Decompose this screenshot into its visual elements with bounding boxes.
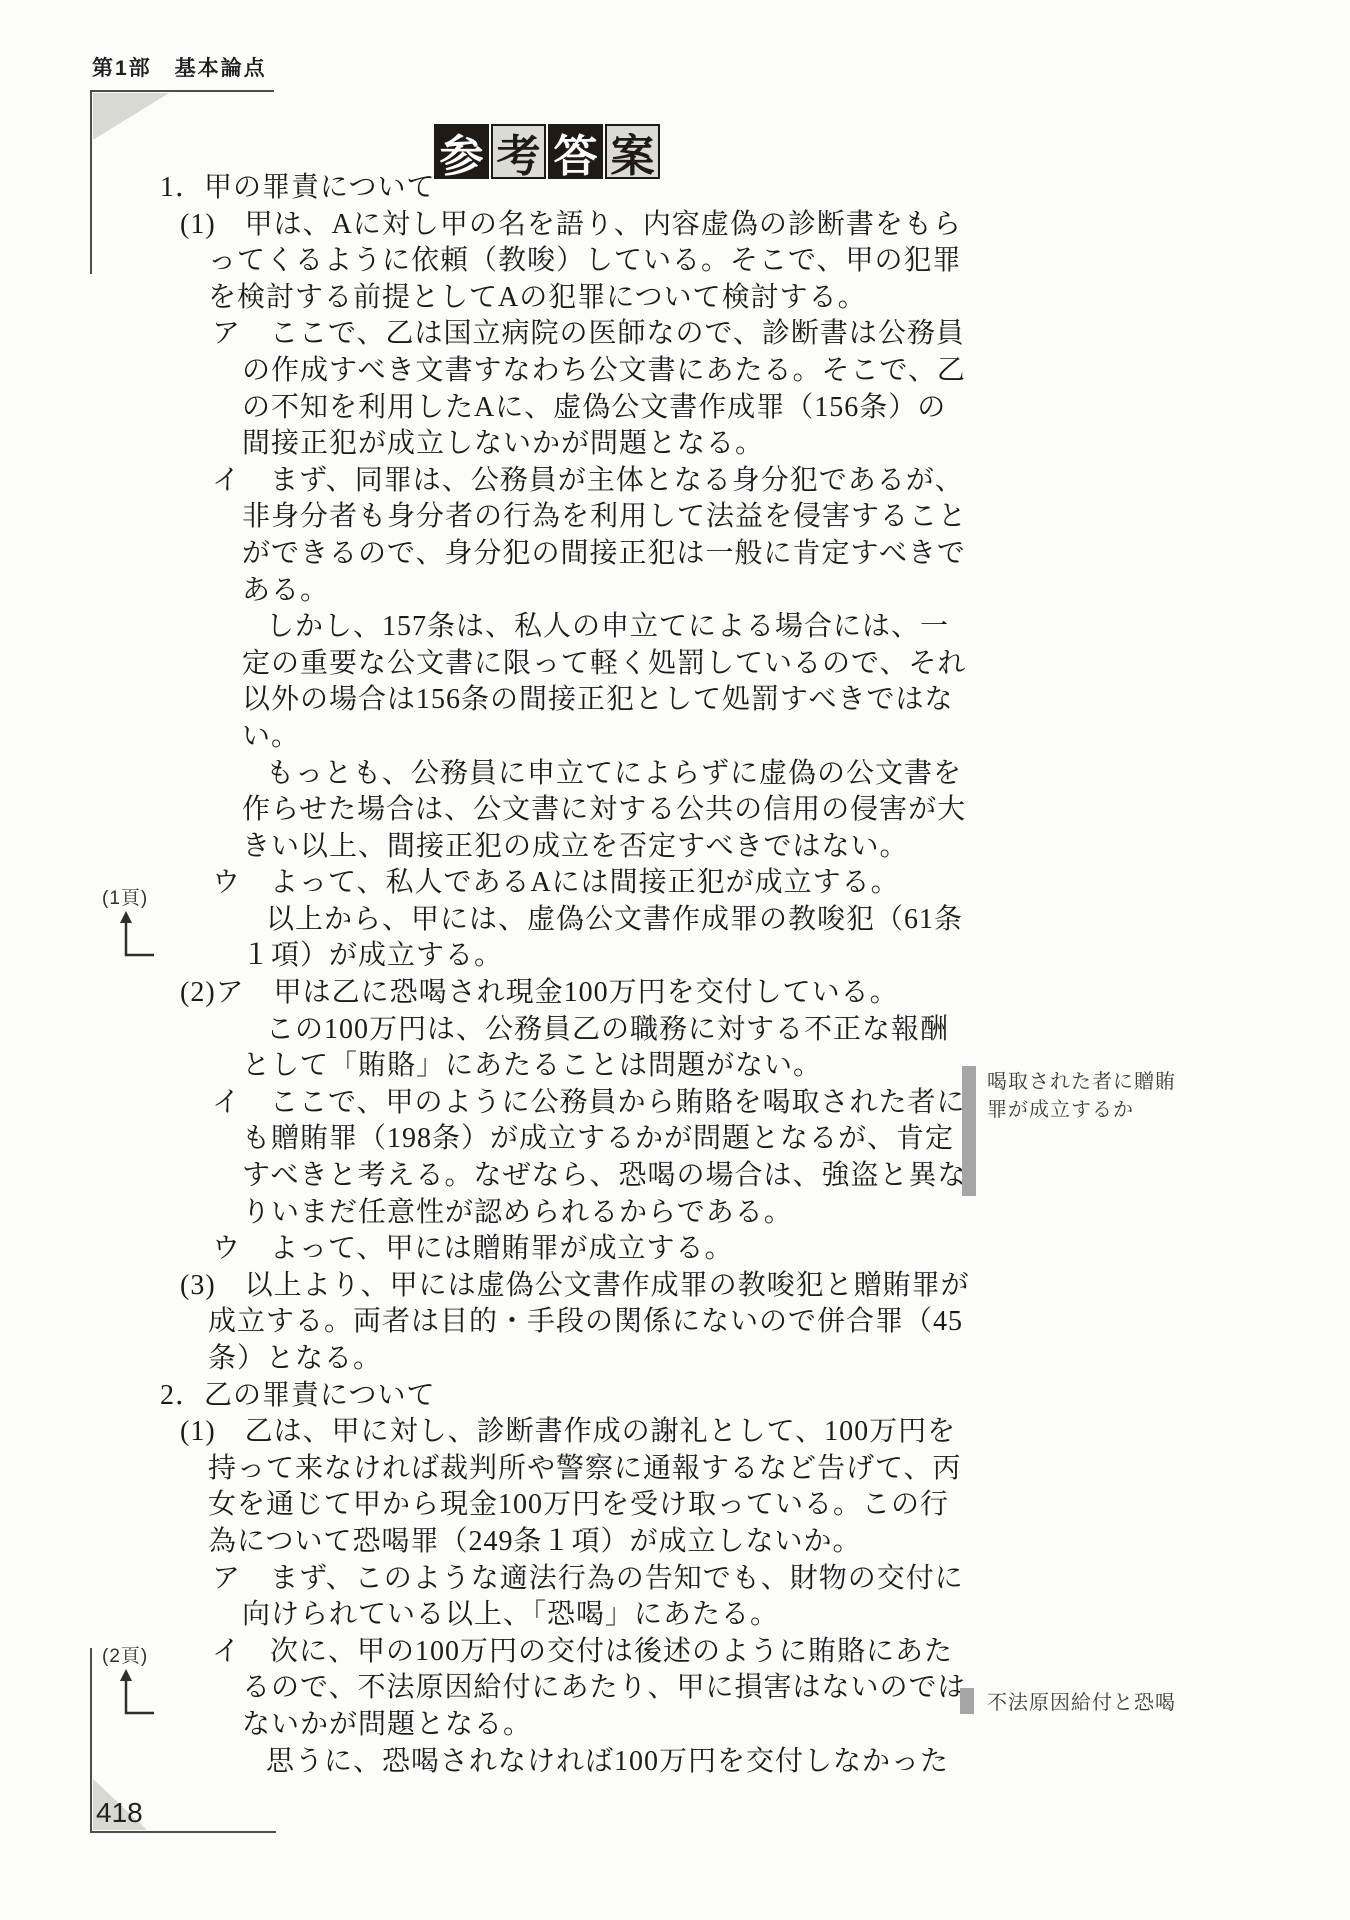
body-line: 成立する。両者は目的・手段の関係にないので併合罪（45 (132, 1304, 992, 1341)
body-line: 為について恐喝罪（249条１項）が成立しないか。 (132, 1524, 992, 1561)
margin-note: 不法原因給付と恐喝 (987, 1689, 1176, 1717)
body-line: 作らせた場合は、公文書に対する公共の信用の侵害が大 (132, 792, 992, 829)
body-line: (1) 甲は、Aに対し甲の名を語り、内容虚偽の診断書をもら (132, 207, 992, 244)
body-line: 1．甲の罪責について (132, 170, 992, 207)
body-line: の作成すべき文書すなわち公文書にあたる。そこで、乙 (132, 353, 992, 390)
body-line: (1) 乙は、甲に対し、診断書作成の謝礼として、100万円を (132, 1414, 992, 1451)
body-line: を検討する前提としてAの犯罪について検討する。 (132, 280, 992, 317)
body-line: イ ここで、甲のように公務員から賄賂を喝取された者に (132, 1085, 992, 1122)
body-line: も贈賄罪（198条）が成立するかが問題となるが、肯定 (132, 1121, 992, 1158)
footer-rule-vertical (90, 1648, 92, 1833)
answer-body: 1．甲の罪責について(1) 甲は、Aに対し甲の名を語り、内容虚偽の診断書をもらっ… (132, 170, 992, 1780)
up-arrow-icon (116, 1668, 156, 1725)
body-line: として「賄賂」にあたることは問題がない。 (132, 1048, 992, 1085)
body-line: イ 次に、甲の100万円の交付は後述のように賄賂にあた (132, 1634, 992, 1671)
body-line: りいまだ任意性が認められるからである。 (132, 1195, 992, 1232)
margin-note-line: 喝取された者に贈賄 (987, 1068, 1176, 1096)
margin-note-line: 不法原因給付と恐喝 (987, 1689, 1176, 1717)
body-line: 持って来なければ裁判所や警察に通報するなど告げて、丙 (132, 1451, 992, 1488)
body-line: 非身分者も身分者の行為を利用して法益を侵害すること (132, 499, 992, 536)
up-arrow-icon (116, 910, 156, 967)
body-line: イ まず、同罪は、公務員が主体となる身分犯であるが、 (132, 463, 992, 500)
book-page: 第1部 基本論点 参考答案 1．甲の罪責について(1) 甲は、Aに対し甲の名を語… (0, 0, 1350, 1920)
corner-triangle-top (93, 93, 169, 140)
body-line: もっとも、公務員に申立てによらずに虚偽の公文書を (132, 756, 992, 793)
body-line: るので、不法原因給付にあたり、甲に損害はないのでは (132, 1670, 992, 1707)
body-line: ア ここで、乙は国立病院の医師なので、診断書は公務員 (132, 316, 992, 353)
body-line: 思うに、恐喝されなければ100万円を交付しなかった (132, 1744, 992, 1781)
body-line: ないかが問題となる。 (132, 1707, 992, 1744)
page-number: 418 (96, 1797, 143, 1829)
body-line: １項）が成立する。 (132, 938, 992, 975)
part-heading: 第1部 基本論点 (92, 52, 267, 82)
body-line: (2)ア 甲は乙に恐喝され現金100万円を交付している。 (132, 975, 992, 1012)
body-line: ってくるように依頼（教唆）している。そこで、甲の犯罪 (132, 243, 992, 280)
body-line: 2．乙の罪責について (132, 1378, 992, 1415)
page-break-marker: (1頁) (102, 883, 148, 910)
margin-note: 喝取された者に贈賄罪が成立するか (987, 1068, 1176, 1124)
body-line: きい以上、間接正犯の成立を否定すべきではない。 (132, 829, 992, 866)
body-line: 女を通じて甲から現金100万円を受け取っている。この行 (132, 1487, 992, 1524)
page-break-marker: (2頁) (102, 1641, 148, 1668)
body-line: 条）となる。 (132, 1341, 992, 1378)
body-line: ができるので、身分犯の間接正犯は一般に肯定すべきで (132, 536, 992, 573)
body-line: 向けられている以上、「恐喝」にあたる。 (132, 1597, 992, 1634)
margin-note-bar (960, 1688, 974, 1714)
body-line: 以上から、甲には、虚偽公文書作成罪の教唆犯（61条 (132, 902, 992, 939)
body-line: 以外の場合は156条の間接正犯として処罰すべきではな (132, 682, 992, 719)
body-line: ウ よって、甲には贈賄罪が成立する。 (132, 1231, 992, 1268)
body-line: 定の重要な公文書に限って軽く処罰しているので、それ (132, 646, 992, 683)
margin-note-bar (962, 1066, 976, 1196)
body-line: ある。 (132, 573, 992, 610)
body-line: (3) 以上より、甲には虚偽公文書作成罪の教唆犯と贈賄罪が (132, 1268, 992, 1305)
body-line: この100万円は、公務員乙の職務に対する不正な報酬 (132, 1012, 992, 1049)
margin-note-line: 罪が成立するか (987, 1096, 1176, 1124)
body-line: しかし、157条は、私人の申立てによる場合には、一 (132, 609, 992, 646)
body-line: ウ よって、私人であるAには間接正犯が成立する。 (132, 865, 992, 902)
header-rule-vertical (90, 90, 92, 274)
body-line: い。 (132, 719, 992, 756)
body-line: すべきと考える。なぜなら、恐喝の場合は、強盗と異な (132, 1158, 992, 1195)
header-rule-horizontal (90, 90, 274, 92)
body-line: 間接正犯が成立しないかが問題となる。 (132, 426, 992, 463)
body-line: ア まず、このような適法行為の告知でも、財物の交付に (132, 1561, 992, 1598)
footer-rule-horizontal (90, 1831, 276, 1833)
body-line: の不知を利用したAに、虚偽公文書作成罪（156条）の (132, 390, 992, 427)
